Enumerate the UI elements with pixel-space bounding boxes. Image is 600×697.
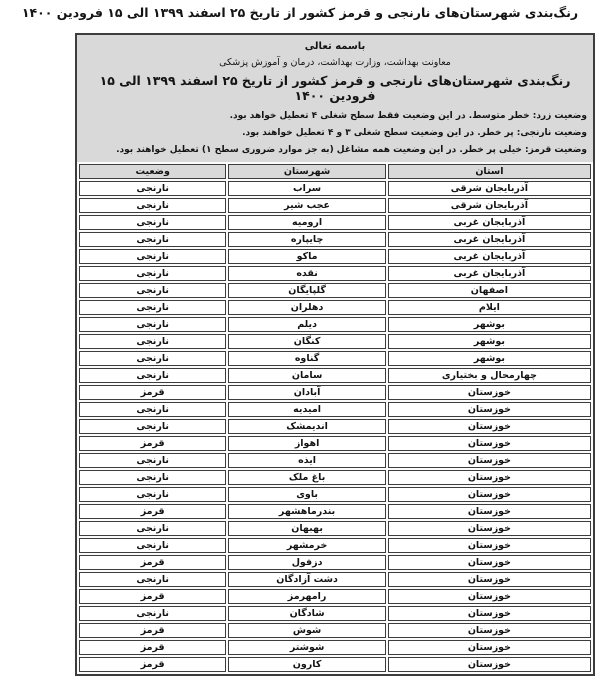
table-row: خوزستان شوشتر قرمز [79,640,591,655]
status-cell: نارنجی [79,334,226,349]
city-cell: ارومیه [228,215,385,230]
status-cell: نارنجی [79,300,226,315]
city-cell: کارون [228,657,385,672]
status-cell: قرمز [79,385,226,400]
province-cell: خوزستان [388,521,591,536]
table-row: خوزستان شوش قرمز [79,623,591,638]
status-table-body: آذربایجان شرقی سراب نارنجی آذربایجان شرق… [79,181,591,672]
city-cell: سراب [228,181,385,196]
city-cell: عجب شیر [228,198,385,213]
province-cell: بوشهر [388,351,591,366]
note-yellow: وضعیت زرد: خطر متوسط. در این وضعیت فقط س… [83,108,587,125]
city-cell: دیلم [228,317,385,332]
city-cell: باوی [228,487,385,502]
city-column-header: شهرستان [228,164,385,179]
status-cell: قرمز [79,640,226,655]
table-row: آذربایجان شرقی عجب شیر نارنجی [79,198,591,213]
status-cell: قرمز [79,436,226,451]
province-cell: خوزستان [388,453,591,468]
status-cell: نارنجی [79,215,226,230]
table-row: آذربایجان غربی ارومیه نارنجی [79,215,591,230]
status-cell: نارنجی [79,572,226,587]
province-cell: خوزستان [388,436,591,451]
province-cell: خوزستان [388,470,591,485]
status-cell: نارنجی [79,351,226,366]
city-cell: گلپایگان [228,283,385,298]
table-row: آذربایجان غربی چایپاره نارنجی [79,232,591,247]
city-cell: شادگان [228,606,385,621]
province-cell: اصفهان [388,283,591,298]
city-cell: دهلران [228,300,385,315]
status-cell: نارنجی [79,538,226,553]
province-cell: آذربایجان غربی [388,249,591,264]
city-cell: امیدیه [228,402,385,417]
status-cell: نارنجی [79,470,226,485]
status-cell: نارنجی [79,317,226,332]
table-row: خوزستان باوی نارنجی [79,487,591,502]
status-column-header: وضعیت [79,164,226,179]
table-row: بوشهر گناوه نارنجی [79,351,591,366]
city-cell: چایپاره [228,232,385,247]
city-cell: رامهرمز [228,589,385,604]
city-cell: اهواز [228,436,385,451]
city-cell: بهبهان [228,521,385,536]
status-cell: نارنجی [79,181,226,196]
status-table-header: استان شهرستان وضعیت [79,164,591,179]
province-cell: خوزستان [388,623,591,638]
table-row: خوزستان کارون قرمز [79,657,591,672]
status-cell: نارنجی [79,249,226,264]
province-cell: خوزستان [388,538,591,553]
status-cell: نارنجی [79,266,226,281]
table-row: خوزستان شادگان نارنجی [79,606,591,621]
table-row: ایلام دهلران نارنجی [79,300,591,315]
table-row: آذربایجان شرقی سراب نارنجی [79,181,591,196]
table-row: بوشهر کنگان نارنجی [79,334,591,349]
table-row: آذربایجان غربی نقده نارنجی [79,266,591,281]
status-cell: نارنجی [79,419,226,434]
province-cell: خوزستان [388,640,591,655]
status-cell: قرمز [79,504,226,519]
note-orange: وضعیت نارنجی: پر خطر. در این وضعیت سطح ش… [83,125,587,142]
province-cell: خوزستان [388,419,591,434]
status-cell: نارنجی [79,368,226,383]
city-cell: شوش [228,623,385,638]
status-cell: نارنجی [79,283,226,298]
province-cell: خوزستان [388,657,591,672]
status-cell: قرمز [79,555,226,570]
province-column-header: استان [388,164,591,179]
province-cell: خوزستان [388,606,591,621]
table-row: خوزستان امیدیه نارنجی [79,402,591,417]
province-cell: بوشهر [388,317,591,332]
status-cell: نارنجی [79,232,226,247]
department-text: معاونت بهداشت، وزارت بهداشت، درمان و آمو… [85,57,585,68]
table-row: خوزستان ایذه نارنجی [79,453,591,468]
status-cell: قرمز [79,589,226,604]
table-row: چهارمحال و بختیاری سامان نارنجی [79,368,591,383]
status-cell: نارنجی [79,487,226,502]
city-cell: بندرماهشهر [228,504,385,519]
city-cell: ایذه [228,453,385,468]
province-cell: خوزستان [388,402,591,417]
table-row: خوزستان آبادان قرمز [79,385,591,400]
city-cell: دزفول [228,555,385,570]
city-cell: باغ ملک [228,470,385,485]
table-row: اصفهان گلپایگان نارنجی [79,283,591,298]
province-cell: چهارمحال و بختیاری [388,368,591,383]
province-cell: آذربایجان شرقی [388,181,591,196]
city-cell: نقده [228,266,385,281]
city-cell: خرمشهر [228,538,385,553]
header-row: استان شهرستان وضعیت [79,164,591,179]
province-cell: ایلام [388,300,591,315]
status-cell: نارنجی [79,521,226,536]
document-header: باسمه تعالی معاونت بهداشت، وزارت بهداشت،… [77,35,593,103]
table-row: خوزستان بندرماهشهر قرمز [79,504,591,519]
table-row: خوزستان بهبهان نارنجی [79,521,591,536]
province-cell: خوزستان [388,487,591,502]
status-notes: وضعیت زرد: خطر متوسط. در این وضعیت فقط س… [77,103,593,162]
status-cell: نارنجی [79,402,226,417]
status-cell: نارنجی [79,198,226,213]
table-row: بوشهر دیلم نارنجی [79,317,591,332]
province-cell: خوزستان [388,504,591,519]
table-row: خوزستان خرمشهر نارنجی [79,538,591,553]
city-cell: ماکو [228,249,385,264]
table-row: خوزستان باغ ملک نارنجی [79,470,591,485]
city-cell: شوشتر [228,640,385,655]
province-cell: خوزستان [388,589,591,604]
province-cell: خوزستان [388,572,591,587]
province-cell: خوزستان [388,555,591,570]
document-title: رنگ‌بندی شهرستان‌های نارنجی و قرمز کشور … [85,73,585,103]
province-cell: خوزستان [388,385,591,400]
city-cell: آبادان [228,385,385,400]
province-cell: آذربایجان غربی [388,232,591,247]
table-row: خوزستان دشت آزادگان نارنجی [79,572,591,587]
city-cell: دشت آزادگان [228,572,385,587]
table-row: آذربایجان غربی ماکو نارنجی [79,249,591,264]
city-cell: گناوه [228,351,385,366]
city-cell: اندیمشک [228,419,385,434]
table-row: خوزستان اندیمشک نارنجی [79,419,591,434]
status-cell: قرمز [79,623,226,638]
city-cell: کنگان [228,334,385,349]
province-cell: بوشهر [388,334,591,349]
note-red: وضعیت قرمز: خیلی پر خطر. در این وضعیت هم… [83,142,587,159]
status-cell: نارنجی [79,453,226,468]
province-cell: آذربایجان غربی [388,215,591,230]
document-box: باسمه تعالی معاونت بهداشت، وزارت بهداشت،… [75,33,595,676]
status-cell: نارنجی [79,606,226,621]
status-cell: قرمز [79,657,226,672]
table-row: خوزستان رامهرمز قرمز [79,589,591,604]
table-row: خوزستان اهواز قرمز [79,436,591,451]
page-title: رنگ‌بندی شهرستان‌های نارنجی و قرمز کشور … [0,0,600,20]
status-table: استان شهرستان وضعیت آذربایجان شرقی سراب … [77,162,593,674]
table-row: خوزستان دزفول قرمز [79,555,591,570]
bismillah-text: باسمه تعالی [85,41,585,52]
province-cell: آذربایجان شرقی [388,198,591,213]
province-cell: آذربایجان غربی [388,266,591,281]
city-cell: سامان [228,368,385,383]
